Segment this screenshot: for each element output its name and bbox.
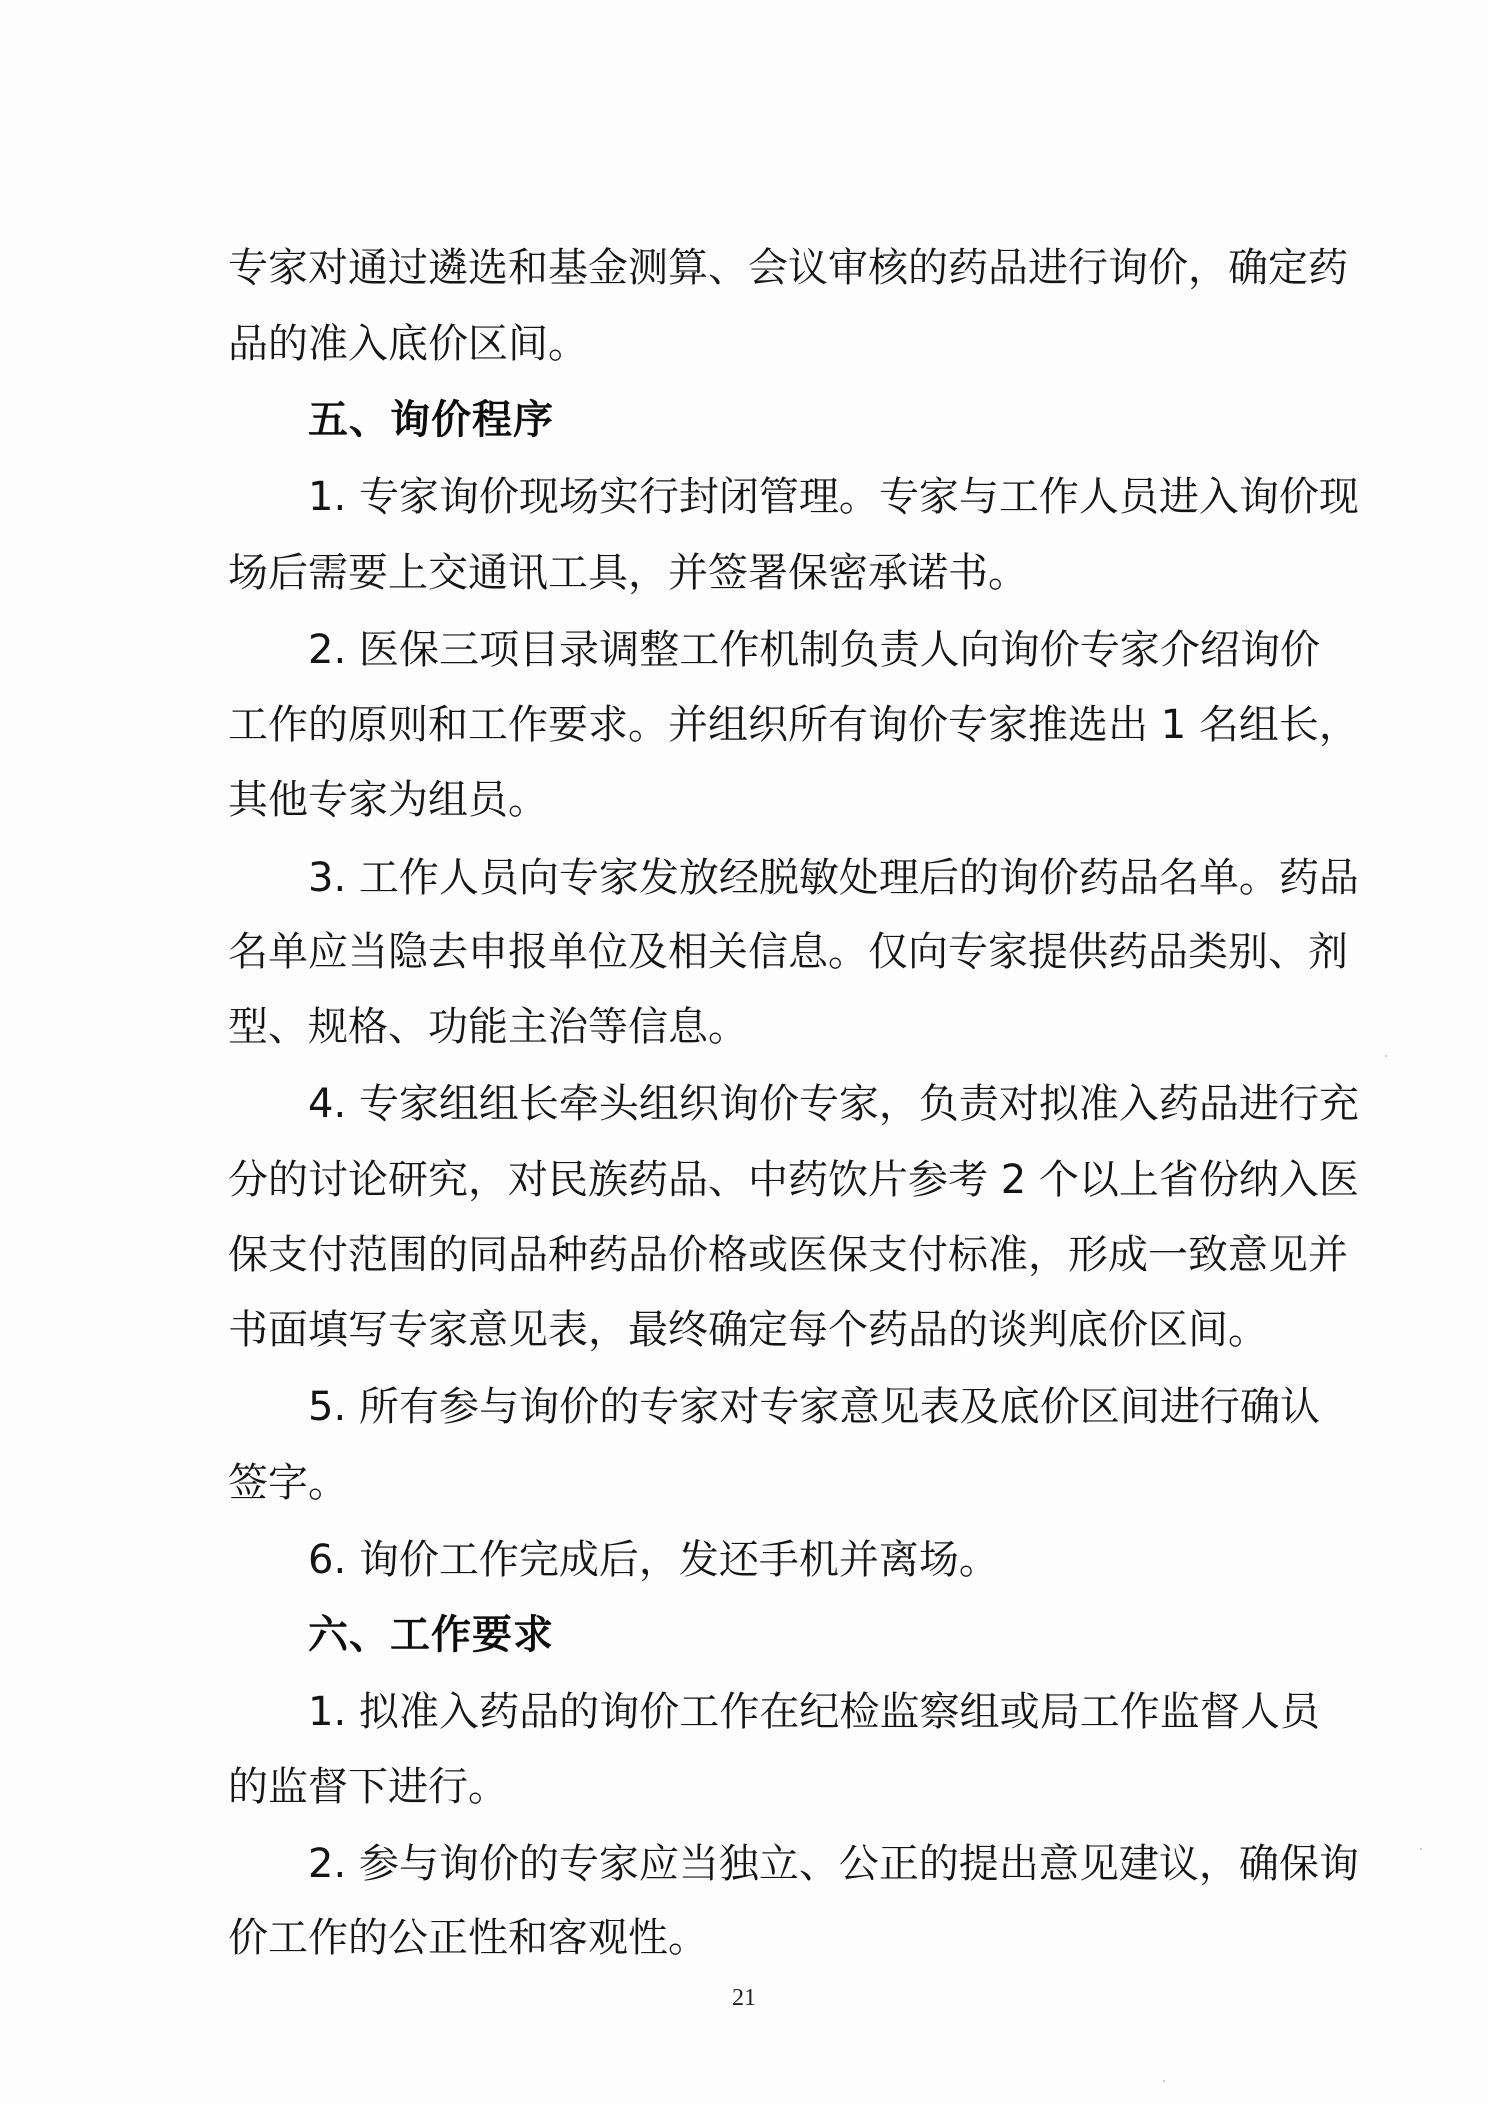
list-item-line: 1. 拟准入药品的询价工作在纪检监察组或局工作监督人员 bbox=[308, 1684, 1320, 1740]
list-item-line: 工作的原则和工作要求。并组织所有询价专家推选出 1 名组长， bbox=[228, 697, 1320, 753]
list-item-line: 型、规格、功能主治等信息。 bbox=[228, 999, 1320, 1055]
list-item-line: 分的讨论研究，对民族药品、中药饮片参考 2 个以上省份纳入医 bbox=[228, 1152, 1320, 1208]
paragraph-line: 专家对通过遴选和基金测算、会议审核的药品进行询价，确定药 bbox=[228, 240, 1320, 296]
list-item-line: 其他专家为组员。 bbox=[228, 772, 1320, 828]
section-heading-inquiry-procedure: 五、询价程序 bbox=[308, 392, 554, 448]
list-item-line: 4. 专家组组长牵头组织询价专家，负责对拟准入药品进行充 bbox=[308, 1076, 1320, 1132]
list-item-line: 价工作的公正性和客观性。 bbox=[228, 1910, 1320, 1966]
scan-speck bbox=[1385, 1055, 1387, 1057]
list-item-line: 的监督下进行。 bbox=[228, 1759, 1320, 1815]
list-item-line: 2. 医保三项目录调整工作机制负责人向询价专家介绍询价 bbox=[308, 622, 1320, 678]
list-item-line: 场后需要上交通讯工具，并签署保密承诺书。 bbox=[228, 545, 1320, 601]
list-item-line: 名单应当隐去申报单位及相关信息。仅向专家提供药品类别、剂 bbox=[228, 924, 1320, 980]
paragraph-line: 品的准入底价区间。 bbox=[228, 316, 1320, 372]
list-item-line: 3. 工作人员向专家发放经脱敏处理后的询价药品名单。药品 bbox=[308, 850, 1320, 906]
list-item-line: 1. 专家询价现场实行封闭管理。专家与工作人员进入询价现 bbox=[308, 469, 1320, 525]
list-item-line: 5. 所有参与询价的专家对专家意见表及底价区间进行确认 bbox=[308, 1379, 1320, 1435]
document-page: 专家对通过遴选和基金测算、会议审核的药品进行询价，确定药 品的准入底价区间。 五… bbox=[0, 0, 1488, 2104]
list-item-line: 6. 询价工作完成后，发还手机并离场。 bbox=[308, 1532, 1320, 1588]
list-item-line: 2. 参与询价的专家应当独立、公正的提出意见建议，确保询 bbox=[308, 1836, 1320, 1892]
scan-speck bbox=[1420, 1848, 1422, 1850]
section-heading-work-requirements: 六、工作要求 bbox=[308, 1607, 554, 1663]
page-number: 21 bbox=[0, 1985, 1488, 2012]
list-item-line: 签字。 bbox=[228, 1455, 1320, 1511]
scan-speck bbox=[1163, 2080, 1165, 2082]
list-item-line: 保支付范围的同品种药品价格或医保支付标准，形成一致意见并 bbox=[228, 1227, 1320, 1283]
list-item-line: 书面填写专家意见表，最终确定每个药品的谈判底价区间。 bbox=[228, 1302, 1320, 1358]
